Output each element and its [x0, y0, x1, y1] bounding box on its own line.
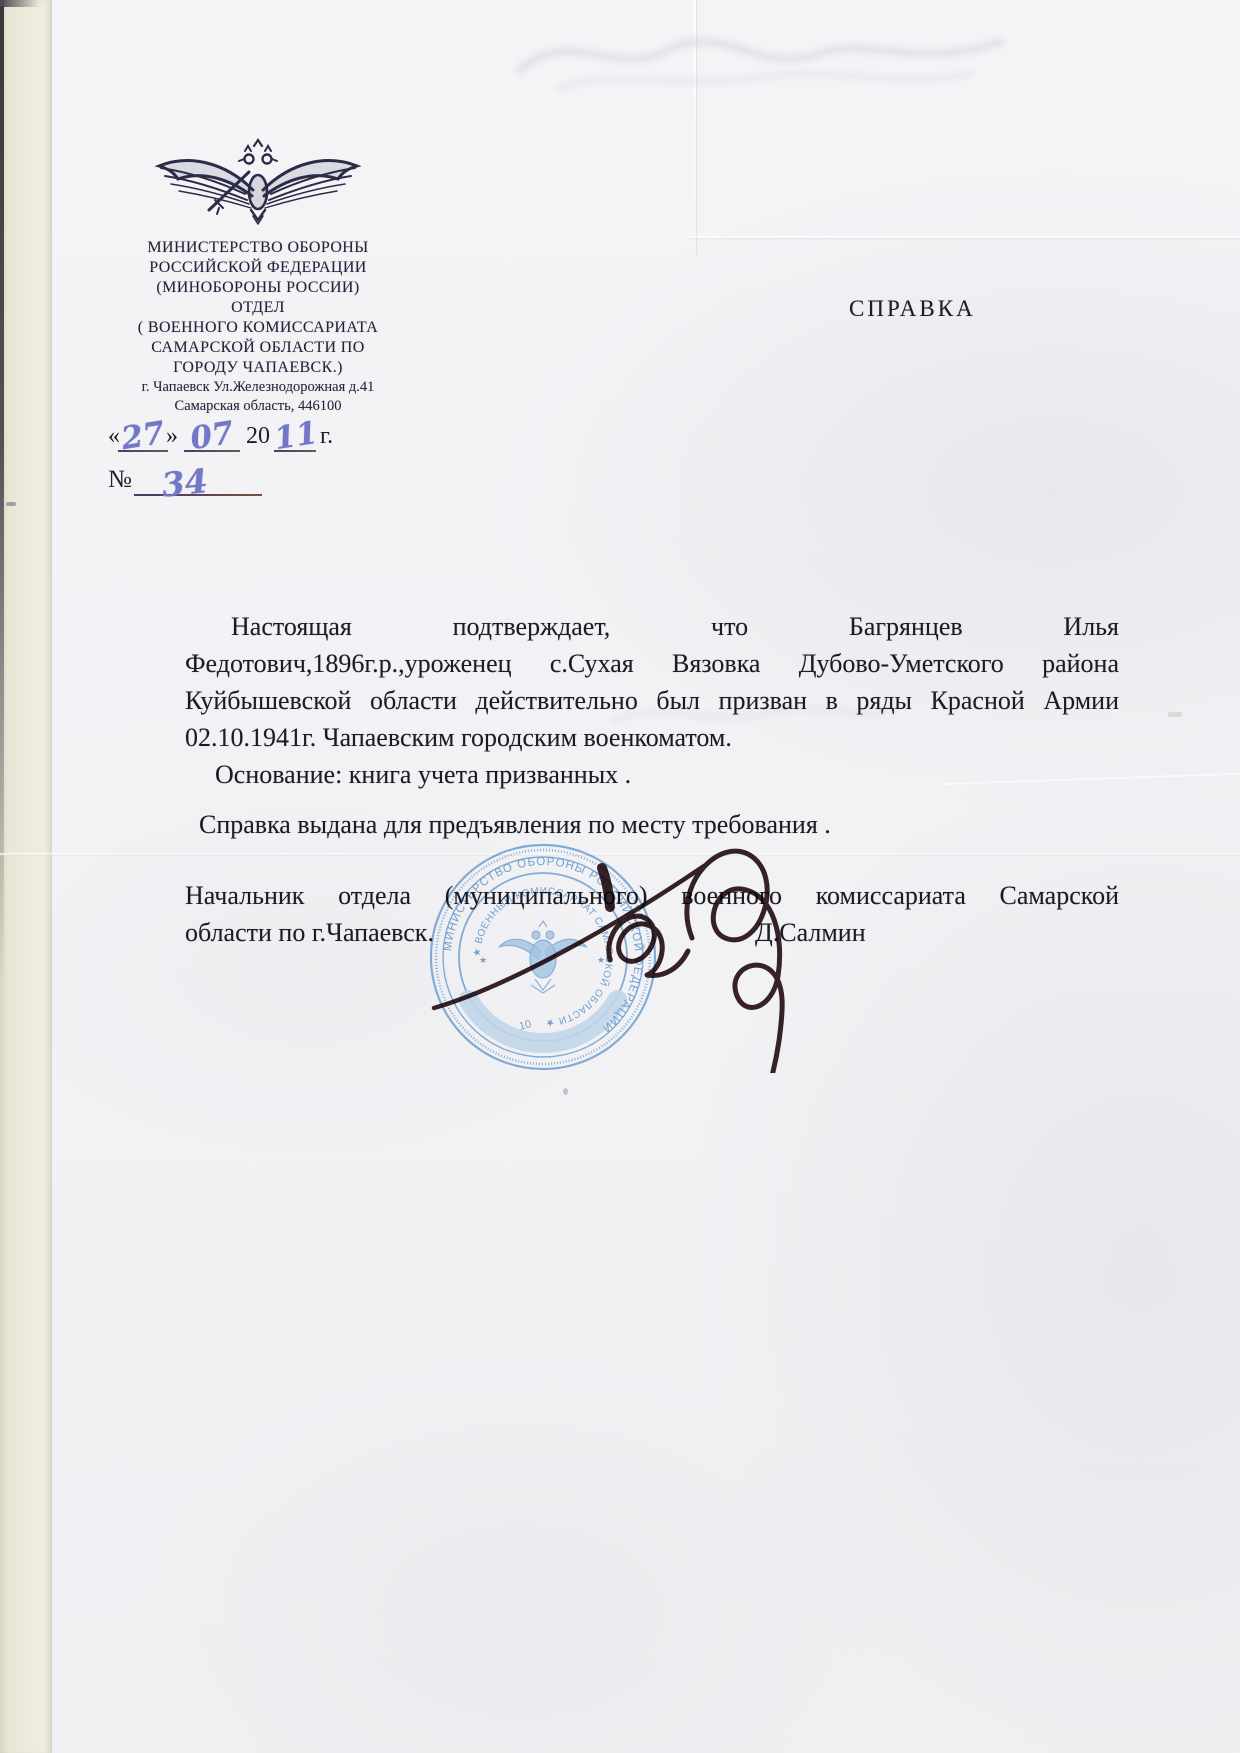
russia-mod-eagle-emblem-icon	[153, 138, 363, 230]
body-line: Куйбышевской области действительно был п…	[185, 682, 1119, 719]
date-month-blank: 07	[184, 418, 240, 452]
handwritten-month: 07	[189, 418, 236, 454]
date-line: « 27 » 07 20 11 г.	[106, 412, 335, 452]
basis-line: Основание: книга учета призванных .	[185, 756, 1119, 793]
bleed-through-ghost-writing	[500, 8, 1040, 108]
official-title-line2: области по г.Чапаевск.	[185, 918, 434, 947]
scanned-certificate-page: МИНИСТЕРСТВО ОБОРОНЫ РОССИЙСКОЙ ФЕДЕРАЦИ…	[0, 0, 1240, 1753]
body-line: Настоящая подтверждает, что Багрянцев Ил…	[185, 608, 1119, 645]
handwritten-day: 27	[120, 418, 167, 454]
org-name-line: САМАРСКОЙ ОБЛАСТИ ПО	[86, 338, 430, 358]
org-name-line: МИНИСТЕРСТВО ОБОРОНЫ	[86, 238, 430, 258]
scan-speck	[6, 502, 16, 506]
date-suffix: г.	[318, 423, 335, 452]
org-address-line: г. Чапаевск Ул.Железнодорожная д.41	[86, 378, 430, 397]
body-paragraph: Настоящая подтверждает, что Багрянцев Ил…	[185, 608, 1119, 793]
scan-top-left-corner-shadow	[0, 0, 40, 7]
scan-left-edge-strip	[0, 0, 52, 1753]
body-line: 02.10.1941г. Чапаевским городским военко…	[185, 719, 1119, 756]
handwritten-signature	[420, 818, 790, 1073]
paper-crease-right	[688, 236, 1240, 238]
number-blank: 34	[134, 461, 262, 496]
org-name-line: ( ВОЕННОГО КОМИССАРИАТА	[86, 318, 430, 338]
org-name-line: ГОРОДУ ЧАПАЕВСК.)	[86, 358, 430, 378]
body-line: Федотович,1896г.р.,уроженец с.Сухая Вязо…	[185, 645, 1119, 682]
number-sign: №	[106, 466, 134, 496]
scan-speck	[1168, 712, 1182, 717]
date-year-blank: 11	[274, 418, 316, 452]
org-name-line: (МИНОБОРОНЫ РОССИИ)	[86, 278, 430, 298]
document-number-line: № 34	[106, 452, 262, 496]
date-century: 20	[244, 423, 272, 452]
handwritten-number: 34	[160, 466, 209, 501]
letterhead: МИНИСТЕРСТВО ОБОРОНЫ РОССИЙСКОЙ ФЕДЕРАЦИ…	[86, 138, 430, 416]
date-day-blank: 27	[118, 418, 168, 452]
document-title: СПРАВКА	[849, 296, 976, 322]
handwritten-year: 11	[272, 418, 319, 454]
scan-left-edge-shadow	[0, 0, 4, 980]
org-name-line: ОТДЕЛ	[86, 298, 430, 318]
scan-speck	[563, 1088, 568, 1095]
org-name-line: РОССИЙСКОЙ ФЕДЕРАЦИИ	[86, 258, 430, 278]
